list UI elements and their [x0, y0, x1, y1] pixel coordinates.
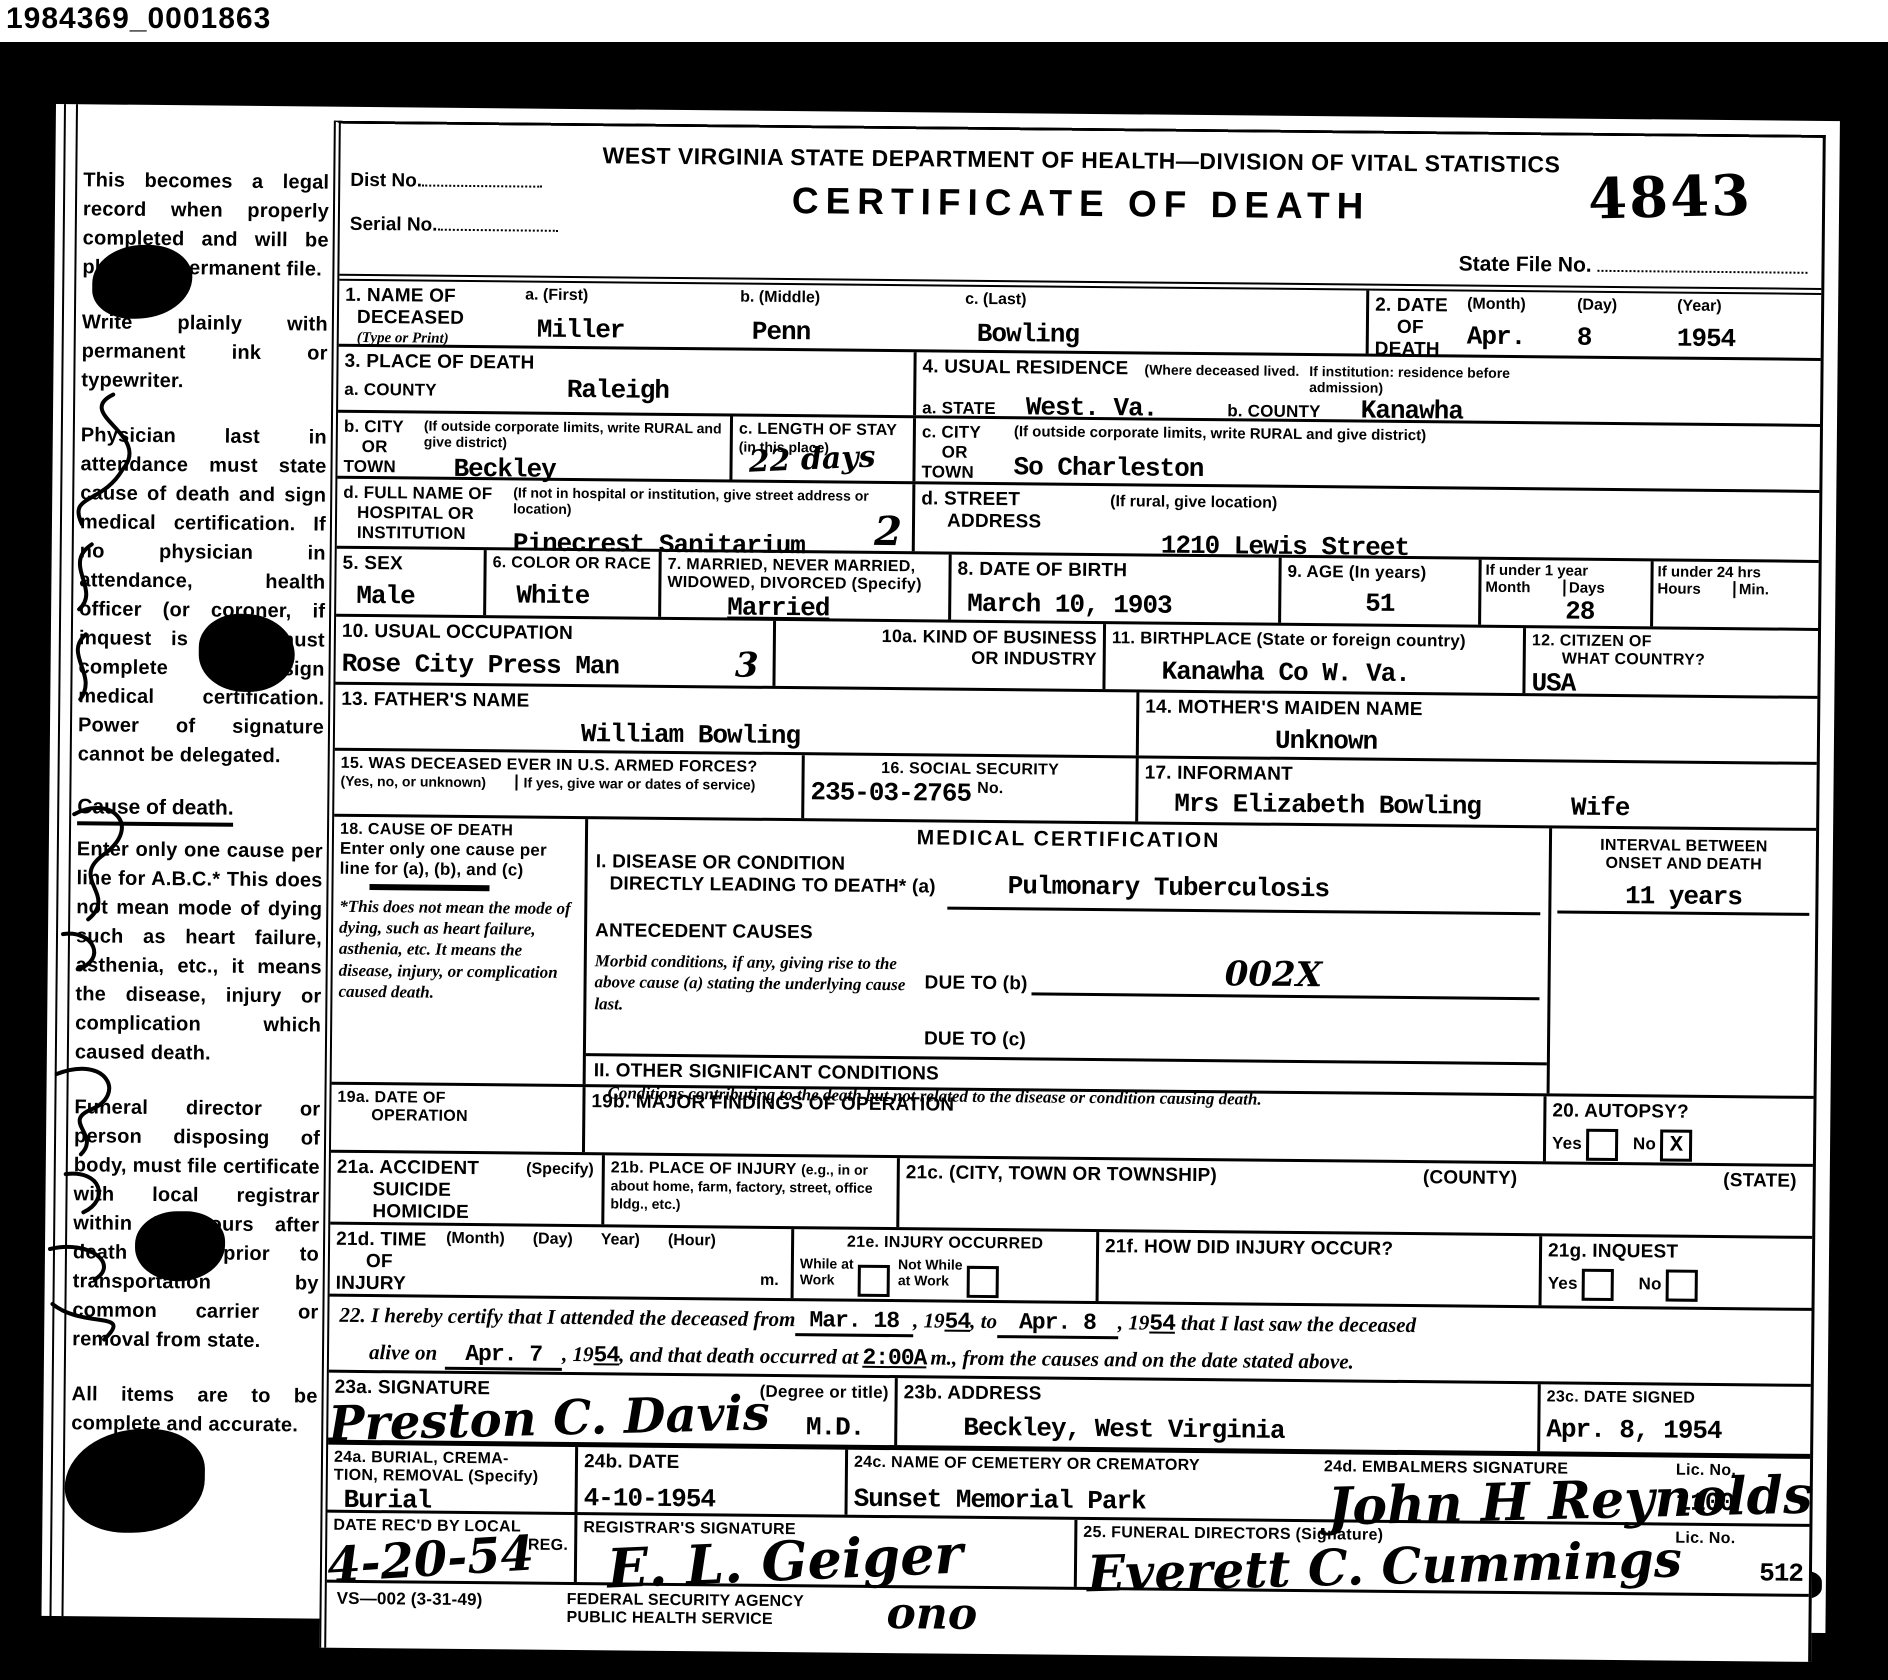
field-length-of-stay: c. LENGTH OF STAY (in this place) 22 day… — [732, 417, 916, 482]
dod-values: (Month) (Day) (Year) Apr. 8 1954 — [1467, 296, 1816, 354]
due-b-value-line: 002X — [1031, 952, 1539, 1000]
autopsy-no-checkbox: X — [1660, 1129, 1692, 1161]
state-file-number-stamp: 4843 — [1588, 162, 1753, 232]
medical-certification-section: 18. CAUSE OF DEATH Enter only one cause … — [332, 817, 1817, 1099]
dist-no-label: Dist No. — [350, 168, 542, 194]
stay-handwritten-value: 22 days — [748, 438, 907, 480]
scan-header-bar: 1984369_0001863 — [0, 0, 1888, 42]
scanned-death-certificate: { "scan_id": "1984369_0001863", "margin"… — [0, 0, 1888, 1680]
serial-no-line — [437, 213, 557, 232]
field-accident-suicide-homicide: 21a. ACCIDENT SUICIDE HOMICIDE (Specify) — [330, 1153, 605, 1225]
due-b-line: DUE TO (b) 002X — [924, 951, 1539, 1000]
death-time: 2:00A — [862, 1345, 926, 1372]
field-embalmer-lic-no: Lic. No. 1100 — [1669, 1458, 1810, 1524]
attended-to-year: 54 — [1149, 1311, 1175, 1337]
inquest-yes-checkbox — [1582, 1269, 1614, 1301]
field-hospital: d. FULL NAME OF HOSPITAL OR INSTITUTION … — [337, 479, 916, 552]
field-funeral-director: 25. FUNERAL DIRECTORS (Signature) Everet… — [1077, 1520, 1670, 1593]
serial-no-label: Serial No. — [350, 212, 558, 238]
field-how-injury-occurred: 21f. HOW DID INJURY OCCUR? — [1099, 1232, 1543, 1305]
disease-labels: I. DISEASE OR CONDITION DIRECTLY LEADING… — [595, 851, 936, 909]
field-social-security: 16. SOCIAL SECURITY 235-03-2765 No. — [804, 755, 1139, 821]
field-major-findings: 19b. MAJOR FINDINGS OF OPERATION — [585, 1087, 1547, 1161]
dod-sublabels: (Month) (Day) (Year) — [1467, 296, 1815, 317]
state-file-no: State File No. — [1459, 252, 1808, 279]
field-occupation: 10. USUAL OCCUPATION Rose City Press Man… — [335, 617, 776, 686]
margin-p3: Physician last in attendance must state … — [78, 421, 327, 771]
field-burial-type: 24a. BURIAL, CREMA- TION, REMOVAL (Speci… — [328, 1445, 579, 1512]
field-sex: 5. SEX Male — [336, 549, 487, 615]
field-birthplace: 11. BIRTHPLACE (State or foreign country… — [1105, 624, 1526, 693]
occupation-handwritten-mark: 3 — [735, 646, 759, 686]
field-mother-name: 14. MOTHER'S MAIDEN NAME Unknown — [1139, 692, 1818, 762]
field-injury-occurred: 21e. INJURY OCCURRED While atWork Not Wh… — [794, 1229, 1100, 1301]
field-age: 9. AGE (In years) 51 — [1281, 558, 1482, 625]
field-injury-location: 21c. (CITY, TOWN OR TOWNSHIP) (COUNTY) (… — [899, 1158, 1813, 1236]
dod-value-line: Apr. 8 1954 — [1467, 322, 1815, 355]
name-last: c. (Last) Bowling — [965, 291, 1361, 350]
while-at-work-checkbox — [858, 1265, 890, 1297]
hospital-label: d. FULL NAME OF HOSPITAL OR INSTITUTION — [343, 483, 514, 544]
time-units: (Month) (Day) Year) (Hour) — [446, 1230, 785, 1251]
field-armed-forces: 15. WAS DECEASED EVER IN U.S. ARMED FORC… — [334, 751, 805, 819]
inquest-options: Yes No — [1548, 1268, 1806, 1302]
city-label: b. CITY OR TOWN — [343, 417, 424, 473]
not-while-at-work-checkbox — [967, 1266, 999, 1298]
field-cause-of-death-instructions: 18. CAUSE OF DEATH Enter only one cause … — [332, 817, 589, 1084]
row-certify-statement: 22. I hereby certify that I attended the… — [329, 1297, 1812, 1387]
field-burial-date: 24b. DATE 4-10-1954 — [578, 1447, 849, 1515]
informant-value-line: Mrs Elizabeth Bowling Wife — [1144, 788, 1810, 824]
disease-line: I. DISEASE OR CONDITION DIRECTLY LEADING… — [587, 847, 1549, 915]
pod-county-line: a. COUNTY Raleigh — [344, 373, 907, 408]
field-registrar-signature: REGISTRAR'S SIGNATURE E. L. Geiger — [577, 1515, 1078, 1587]
field-business: 10a. KIND OF BUSINESS OR INDUSTRY — [775, 621, 1106, 689]
certify-line-1: 22. I hereby certify that I attended the… — [339, 1303, 1801, 1346]
field-residence-city: c. CITY OR TOWN (If outside corporate li… — [915, 418, 1820, 490]
field-physician-address: 23b. ADDRESS Beckley, West Virginia — [897, 1378, 1541, 1451]
margin-p2: Write plainly with permanent ink or type… — [81, 308, 328, 397]
physician-signature-script: Preston C. Davis — [328, 1385, 771, 1452]
field-usual-residence: 4. USUAL RESIDENCE (Where deceased lived… — [916, 352, 1821, 424]
injury-occurred-options: While atWork Not Whileat Work — [800, 1255, 1090, 1299]
field-autopsy: 20. AUTOPSY? Yes No X — [1546, 1096, 1814, 1164]
field-date-of-death: 2. DATE OF DEATH (Month) (Day) (Year) Ap… — [1369, 291, 1822, 358]
due-to-lines: DUE TO (b) 002X DUE TO (c) — [924, 923, 1540, 1056]
forces-notes: (Yes, no, or unknown) If yes, give war o… — [340, 773, 795, 793]
city-value-wrap: (If outside corporate limits, write RURA… — [423, 418, 724, 476]
field-director-lic-no: Lic. No. 512 — [1669, 1526, 1810, 1594]
due-c-label: DUE TO (c) — [924, 1028, 1539, 1056]
certificate-document: This becomes a legal record when properl… — [41, 104, 1839, 1633]
field-citizen: 12. CITIZEN OF WHAT COUNTRY? USA — [1525, 628, 1818, 696]
antecedent-block: ANTECEDENT CAUSES Morbid conditions, if … — [586, 906, 1548, 1056]
state-file-line — [1597, 254, 1807, 274]
attended-from-year: 54 — [944, 1309, 970, 1335]
antecedent-labels: ANTECEDENT CAUSES Morbid conditions, if … — [594, 920, 925, 1050]
divider-mark — [369, 884, 489, 891]
field-place-of-injury: 21b. PLACE OF INJURY (e.g., in or about … — [604, 1155, 900, 1227]
name-first: a. (First) Miller — [525, 287, 741, 344]
form-footer: VS—002 (3-31-49) FEDERAL SECURITY AGENCY… — [326, 1583, 1809, 1662]
field-informant: 17. INFORMANT Mrs Elizabeth Bowling Wife — [1138, 758, 1817, 828]
field-cemetery: 24c. NAME OF CEMETERY OR CREMATORY Sunse… — [847, 1450, 1318, 1520]
autopsy-yes-checkbox — [1586, 1129, 1618, 1161]
field-signature: 23a. SIGNATURE (Degree or title) Preston… — [328, 1373, 898, 1445]
field-date-of-birth: 8. DATE OF BIRTH March 10, 1903 — [951, 555, 1282, 623]
inquest-no-checkbox — [1666, 1270, 1698, 1302]
field-time-of-injury: 21d. TIME OF INJURY (Month) (Day) Year) … — [330, 1225, 795, 1298]
rcity-label: c. CITY OR TOWN — [921, 422, 1014, 478]
field-interval: INTERVAL BETWEEN ONSET AND DEATH 11 year… — [1547, 828, 1817, 1096]
name-label: 1. NAME OF DECEASED (Type or Print) — [345, 285, 526, 342]
form-number: VS—002 (3-31-49) — [336, 1589, 566, 1644]
last-seen-alive-year: 54 — [593, 1342, 619, 1368]
rcity-value-wrap: (If outside corporate limits, write RURA… — [1013, 423, 1813, 486]
field-street-address: d. STREET (If rural, give location) ADDR… — [915, 484, 1820, 560]
margin-cause-heading: Cause of death. — [77, 795, 234, 826]
due-b-handwritten: 002X — [1225, 954, 1323, 995]
under24-columns: Hours Min. — [1657, 580, 1814, 599]
field-date-signed: 23c. DATE SIGNED Apr. 8, 1954 — [1540, 1384, 1811, 1454]
form-header: WEST VIRGINIA STATE DEPARTMENT OF HEALTH… — [339, 124, 1822, 295]
field-inquest: 21g. INQUEST Yes No — [1542, 1236, 1813, 1308]
time-sublabels: (Month) (Day) Year) (Hour) m. — [446, 1230, 786, 1294]
dist-no-line — [422, 169, 542, 188]
field-city-of-death: b. CITY OR TOWN (If outside corporate li… — [337, 413, 733, 480]
field-embalmer-signature: 24d. EMBALMERS SIGNATURE John H Reynolds — [1317, 1454, 1670, 1522]
margin-p6: All items are to be complete and accurat… — [71, 1380, 318, 1440]
margin-p4: Enter only one cause per line for A.B.C.… — [75, 835, 323, 1069]
certificate-form: WEST VIRGINIA STATE DEPARTMENT OF HEALTH… — [319, 121, 1826, 1662]
while-at-work-option: While atWork — [800, 1255, 891, 1297]
under1-columns: Month Days — [1485, 579, 1646, 598]
attended-from-date: Mar. 18 — [795, 1307, 913, 1337]
field-age-under-24-hrs: If under 24 hrs Hours Min. — [1653, 561, 1819, 628]
last-seen-alive-date: Apr. 7 — [445, 1341, 562, 1371]
disease-value-line: Pulmonary Tuberculosis — [948, 855, 1541, 916]
injury-location-labels: 21c. (CITY, TOWN OR TOWNSHIP) (COUNTY) (… — [906, 1162, 1807, 1193]
field-date-received: DATE REC'D BY LOCAL REG. 4-20-54 — [327, 1513, 578, 1582]
footer-scribble: ono — [886, 1588, 977, 1648]
medical-certification-center: MEDICAL CERTIFICATION I. DISEASE OR COND… — [586, 819, 1549, 1093]
field-father-name: 13. FATHER'S NAME William Bowling — [335, 685, 1140, 756]
field-name-of-deceased: 1. NAME OF DECEASED (Type or Print) a. (… — [339, 281, 1370, 354]
degree-value: M.D. — [806, 1412, 865, 1443]
field-age-under-1-year: If under 1 year Month Days 28 — [1481, 560, 1654, 627]
name-middle: b. (Middle) Penn — [740, 289, 966, 346]
autopsy-options: Yes No X — [1552, 1128, 1807, 1162]
agency-block: FEDERAL SECURITY AGENCY PUBLIC HEALTH SE… — [566, 1591, 886, 1647]
dod-label: 2. DATE OF DEATH — [1375, 295, 1468, 351]
field-race: 6. COLOR OR RACE White — [486, 550, 662, 617]
not-while-at-work-option: Not Whileat Work — [898, 1256, 999, 1298]
field-date-of-operation: 19a. DATE OF OPERATION — [331, 1085, 586, 1152]
hospital-value-wrap: (If not in hospital or institution, give… — [513, 484, 907, 547]
ssn-value-line: 235-03-2765 No. — [810, 777, 1129, 810]
field-marital-status: 7. MARRIED, NEVER MARRIED, WIDOWED, DIVO… — [661, 552, 952, 620]
field-place-of-death: 3. PLACE OF DEATH a. COUNTY Raleigh — [338, 347, 917, 416]
time-label: 21d. TIME OF INJURY — [336, 1229, 447, 1291]
attended-to-date: Apr. 8 — [997, 1309, 1118, 1339]
hospital-handwritten-mark: 2 — [874, 508, 902, 555]
scan-id: 1984369_0001863 — [6, 2, 271, 36]
